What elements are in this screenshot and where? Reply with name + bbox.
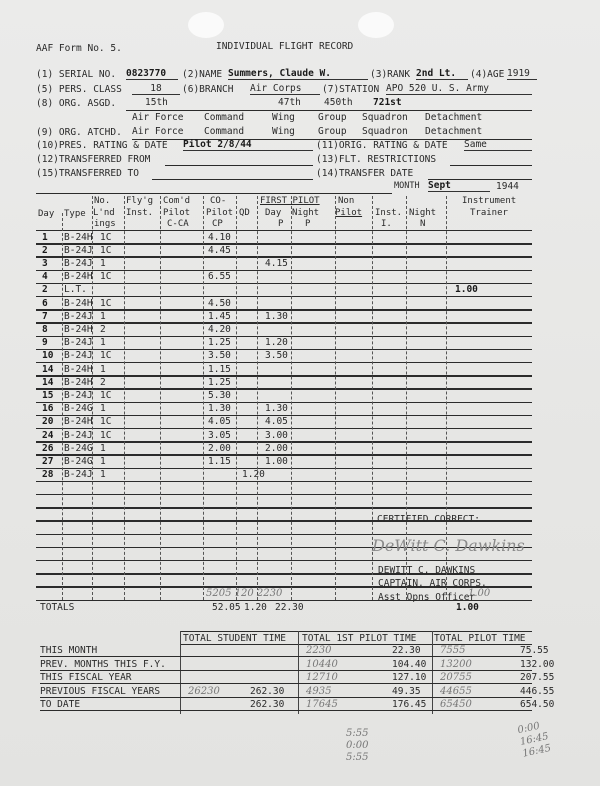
rank-value: 2nd Lt.	[416, 68, 468, 80]
row-type: B-24G	[64, 443, 93, 454]
org-atchd-caption-wing: Wing	[272, 126, 295, 137]
row-landings: 1	[100, 258, 106, 269]
row-trainer: 1.00	[455, 284, 478, 295]
row-landings: 1C	[100, 350, 111, 361]
row-type: B-24J	[64, 337, 93, 348]
totals-qd: 1.20	[244, 602, 267, 613]
col-non-pilot: Non	[338, 196, 354, 207]
row-day: 4	[42, 271, 48, 282]
row-landings: 1C	[100, 298, 111, 309]
org-caption-squadron: Squadron	[362, 112, 408, 123]
row-landings: 1	[100, 403, 106, 414]
summary-first-pilot: 22.30	[392, 645, 421, 656]
row-type: B-24H	[64, 232, 93, 243]
row-type: B-24H	[64, 298, 93, 309]
org-caption-wing: Wing	[272, 112, 295, 123]
summary-divider	[298, 631, 299, 714]
summary-pilot: 654.50	[520, 699, 554, 710]
col-qd: QD	[239, 208, 250, 219]
row-type: B-24J	[64, 258, 93, 269]
row-co-pilot: 4.45	[208, 245, 231, 256]
org-asgd-line	[126, 110, 532, 111]
summary-row-label: PREV. MONTHS THIS F.Y.	[40, 659, 166, 670]
row-day: 2	[42, 284, 48, 295]
pers-class-label: (5) PERS. CLASS	[36, 84, 122, 95]
row-day: 27	[42, 456, 53, 467]
col-type: Type	[64, 209, 86, 220]
margin-note-left: 5:55 0:00 5:55	[346, 728, 368, 764]
row-day-p: 1.00	[265, 456, 288, 467]
handwritten-subtotal: 5205 120 2230	[206, 588, 282, 599]
row-day-p: 1.20	[265, 337, 288, 348]
totals-label: TOTALS	[40, 602, 74, 613]
form-number: AAF Form No. 5.	[36, 43, 122, 54]
org-atchd-caption-detachment: Detachment	[425, 126, 482, 137]
row-rule	[36, 322, 532, 323]
col-first-pilot: FIRST PILOT	[260, 196, 320, 207]
summary-row-label: THIS MONTH	[40, 645, 97, 656]
org-asgd-label: (8) ORG. ASGD.	[36, 98, 116, 109]
flight-record-page: AAF Form No. 5. INDIVIDUAL FLIGHT RECORD…	[0, 0, 600, 786]
serial-label: (1) SERIAL NO.	[36, 69, 116, 80]
year-value: 1944	[496, 181, 519, 192]
row-day-p: 4.15	[265, 258, 288, 269]
summary-student: 262.30	[250, 686, 284, 697]
row-landings: 1C	[100, 232, 111, 243]
station-label: (7)STATION	[322, 84, 379, 95]
org-atchd-label: (9) ORG. ATCHD.	[36, 127, 122, 138]
branch-label: (6)BRANCH	[182, 84, 233, 95]
col-divider	[62, 213, 63, 600]
row-landings: 1C	[100, 430, 111, 441]
row-co-pilot: 1.30	[208, 403, 231, 414]
col-inst: Inst.	[375, 208, 402, 219]
certifier-rank: CAPTAIN, AIR CORPS.	[378, 578, 487, 589]
row-rule	[36, 468, 532, 469]
row-type: B-24G	[64, 456, 93, 467]
row-landings: 1	[100, 469, 106, 480]
row-co-pilot: 4.05	[208, 416, 231, 427]
col-landings: L'nd	[93, 208, 115, 219]
col-divider	[291, 196, 292, 600]
row-day-p: 3.00	[265, 430, 288, 441]
summary-row-rule	[40, 670, 532, 671]
row-type: B-24J	[64, 311, 93, 322]
summary-header-student: TOTAL STUDENT TIME	[183, 633, 286, 644]
col-divider	[124, 196, 125, 600]
col-day: Day	[38, 209, 54, 220]
row-co-pilot: 5.30	[208, 390, 231, 401]
summary-header-pilot: TOTAL PILOT TIME	[434, 633, 526, 644]
org-asgd-squadron: 721st	[373, 97, 402, 108]
row-type: B-24J	[64, 469, 93, 480]
pres-rating-label: (10)PRES. RATING & DATE	[36, 140, 168, 151]
row-day: 28	[42, 469, 53, 480]
row-co-pilot: 1.15	[208, 456, 231, 467]
row-type: B-24J	[64, 430, 93, 441]
col-night: Night	[409, 208, 436, 219]
summary-row-label: TO DATE	[40, 699, 80, 710]
org-atchd-caption-command: Command	[204, 126, 244, 137]
row-type: B-24J	[64, 245, 93, 256]
rank-label: (3)RANK	[370, 69, 410, 80]
summary-pilot: 75.55	[520, 645, 549, 656]
summary-divider	[432, 631, 433, 714]
pres-rating-value: Pilot 2/8/44	[183, 139, 313, 151]
row-day: 2	[42, 245, 48, 256]
row-co-pilot: 4.50	[208, 298, 231, 309]
summary-first-pilot: 49.35	[392, 686, 421, 697]
transferred-to-line	[152, 179, 313, 180]
col-comd-pilot: Pilot	[163, 208, 190, 219]
summary-row-label: PREVIOUS FISCAL YEARS	[40, 686, 160, 697]
row-rule	[36, 481, 532, 482]
org-caption-group: Group	[318, 112, 347, 123]
summary-first-pilot: 127.10	[392, 672, 426, 683]
col-instrument-trainer: Instrument	[462, 196, 516, 207]
summary-row-rule	[40, 656, 532, 657]
punch-hole	[358, 12, 394, 38]
row-landings: 1	[100, 456, 106, 467]
orig-rating-label: (11)ORIG. RATING & DATE	[316, 140, 448, 151]
row-landings: 1C	[100, 245, 111, 256]
row-day: 3	[42, 258, 48, 269]
transferred-from-label: (12)TRANSFERRED FROM	[36, 154, 150, 165]
org-atchd-caption-group: Group	[318, 126, 347, 137]
station-value: APO 520 U. S. Army	[386, 83, 532, 95]
row-day: 9	[42, 337, 48, 348]
row-type: B-24H	[64, 364, 93, 375]
pers-class-value: 18	[132, 83, 180, 95]
org-asgd-air-force: 15th	[145, 97, 168, 108]
org-caption-command: Command	[204, 112, 244, 123]
row-day-p: 1.30	[265, 311, 288, 322]
col-landings: ings	[94, 219, 116, 230]
totals-day-p: 22.30	[275, 602, 304, 613]
row-day: 1	[42, 232, 48, 243]
row-rule	[36, 507, 532, 508]
row-day-p: 4.05	[265, 416, 288, 427]
row-landings: 1C	[100, 271, 111, 282]
row-rule	[36, 362, 532, 363]
col-co-pilot: CP	[212, 219, 223, 230]
row-type: B-24H	[64, 416, 93, 427]
row-co-pilot: 3.05	[208, 430, 231, 441]
row-type: L.T.	[64, 284, 87, 295]
row-day: 26	[42, 443, 53, 454]
month-label: MONTH	[394, 181, 420, 192]
summary-pilot: 207.55	[520, 672, 554, 683]
summary-pilot-hand: 20755	[440, 672, 472, 683]
summary-pilot: 132.00	[520, 659, 554, 670]
row-landings: 1	[100, 337, 106, 348]
transferred-to-label: (15)TRANSFERRED TO	[36, 168, 139, 179]
certifier-title: Asst Opns Officer	[378, 592, 475, 603]
row-landings: 1	[100, 311, 106, 322]
transfer-date-label: (14)TRANSFER DATE	[316, 168, 413, 179]
margin-note-right: 0:00 16:45 16:45	[517, 719, 553, 760]
summary-first-pilot-hand: 2230	[306, 645, 331, 656]
summary-first-pilot: 104.40	[392, 659, 426, 670]
summary-student: 262.30	[250, 699, 284, 710]
flt-restrictions-line	[450, 165, 532, 166]
summary-row-rule	[40, 697, 532, 698]
org-atchd-caption-air-force: Air Force	[132, 126, 183, 137]
row-co-pilot: 1.25	[208, 337, 231, 348]
summary-first-pilot-hand: 10440	[306, 659, 338, 670]
col-inst: I.	[381, 219, 392, 230]
row-landings: 1	[100, 364, 106, 375]
totals-co-pilot: 52.05	[212, 602, 241, 613]
row-day: 8	[42, 324, 48, 335]
row-co-pilot: 4.10	[208, 232, 231, 243]
summary-first-pilot-hand: 4935	[306, 686, 331, 697]
col-night-p: P	[305, 219, 310, 230]
transferred-from-line	[165, 165, 313, 166]
certifier-name: DEWITT C. DAWKINS	[378, 565, 475, 576]
col-flying-inst: Fly'g	[126, 196, 153, 207]
col-divider	[160, 196, 161, 600]
row-co-pilot: 1.15	[208, 364, 231, 375]
name-label: (2)NAME	[182, 69, 222, 80]
row-co-pilot: 6.55	[208, 271, 231, 282]
col-landings: No.	[94, 196, 110, 207]
col-comd-pilot: Com'd	[163, 196, 190, 207]
row-day-p: 3.50	[265, 350, 288, 361]
row-day-p: 2.00	[265, 443, 288, 454]
col-divider	[257, 196, 258, 600]
branch-value: Air Corps	[250, 83, 320, 95]
row-day: 20	[42, 416, 53, 427]
row-day: 14	[42, 364, 53, 375]
row-day: 24	[42, 430, 53, 441]
org-caption-detachment: Detachment	[425, 112, 482, 123]
row-day: 15	[42, 390, 53, 401]
age-label: (4)AGE	[470, 69, 504, 80]
col-co-pilot: CO-	[210, 196, 226, 207]
row-rule	[36, 534, 532, 535]
form-title: INDIVIDUAL FLIGHT RECORD	[216, 41, 353, 52]
summary-first-pilot-hand: 12710	[306, 672, 338, 683]
row-co-pilot: 1.25	[208, 377, 231, 388]
row-rule	[36, 375, 532, 376]
serial-value: 0823770	[126, 68, 178, 80]
summary-pilot-hand: 65450	[440, 699, 472, 710]
orig-rating-value: Same	[464, 139, 532, 151]
row-landings: 1	[100, 443, 106, 454]
col-divider	[203, 196, 204, 600]
org-caption-air-force: Air Force	[132, 112, 183, 123]
summary-divider	[180, 631, 181, 714]
row-day: 10	[42, 350, 53, 361]
org-asgd-group: 450th	[324, 97, 353, 108]
row-day-p: 1.30	[265, 403, 288, 414]
row-co-pilot: 4.20	[208, 324, 231, 335]
age-value: 1919	[507, 68, 537, 80]
row-type: B-24H	[64, 324, 93, 335]
row-rule	[36, 494, 532, 495]
col-day-p: P	[278, 219, 283, 230]
row-type: B-24H	[64, 271, 93, 282]
col-instrument-trainer: Trainer	[470, 208, 508, 219]
row-landings: 1C	[100, 390, 111, 401]
summary-pilot-hand: 7555	[440, 645, 465, 656]
month-value: Sept	[428, 180, 490, 192]
row-rule	[36, 560, 532, 561]
name-value: Summers, Claude W.	[228, 68, 368, 80]
row-type: B-24J	[64, 350, 93, 361]
col-co-pilot: Pilot	[206, 208, 233, 219]
summary-row-rule	[40, 710, 532, 711]
org-asgd-wing: 47th	[278, 97, 301, 108]
summary-first-pilot-hand: 17645	[306, 699, 338, 710]
row-day: 16	[42, 403, 53, 414]
punch-hole	[188, 12, 224, 38]
col-non-pilot: Pilot	[335, 208, 362, 219]
row-landings: 2	[100, 324, 106, 335]
row-day: 14	[42, 377, 53, 388]
row-day: 6	[42, 298, 48, 309]
month-line-left	[36, 193, 392, 194]
summary-row-rule	[40, 683, 532, 684]
totals-trainer: 1.00	[456, 602, 479, 613]
row-type: B-24H	[64, 377, 93, 388]
summary-row-label: THIS FISCAL YEAR	[40, 672, 132, 683]
row-co-pilot: 3.50	[208, 350, 231, 361]
col-night-p: Night	[292, 208, 319, 219]
summary-pilot: 446.55	[520, 686, 554, 697]
col-divider	[335, 196, 336, 600]
flt-restrictions-label: (13)FLT. RESTRICTIONS	[316, 154, 436, 165]
row-qd: 1.20	[242, 469, 265, 480]
row-day: 7	[42, 311, 48, 322]
row-landings: 1C	[100, 416, 111, 427]
summary-pilot-hand: 44655	[440, 686, 472, 697]
summary-student-hand: 26230	[188, 686, 220, 697]
col-night: N	[420, 219, 425, 230]
signature: DeWitt C. Dawkins	[372, 540, 525, 551]
summary-first-pilot: 176.45	[392, 699, 426, 710]
summary-header-rule	[180, 644, 532, 645]
row-type: B-24G	[64, 403, 93, 414]
row-type: B-24J	[64, 390, 93, 401]
row-co-pilot: 2.00	[208, 443, 231, 454]
col-divider	[236, 196, 237, 600]
row-co-pilot: 1.45	[208, 311, 231, 322]
row-landings: 2	[100, 377, 106, 388]
col-day-p: Day	[265, 208, 281, 219]
col-comd-pilot: C-CA	[167, 219, 189, 230]
summary-pilot-hand: 13200	[440, 659, 472, 670]
summary-header-first-pilot: TOTAL 1ST PILOT TIME	[302, 633, 416, 644]
col-flying-inst: Inst.	[126, 208, 153, 219]
org-atchd-caption-squadron: Squadron	[362, 126, 408, 137]
certified-label: CERTIFIED CORRECT:	[377, 514, 480, 525]
